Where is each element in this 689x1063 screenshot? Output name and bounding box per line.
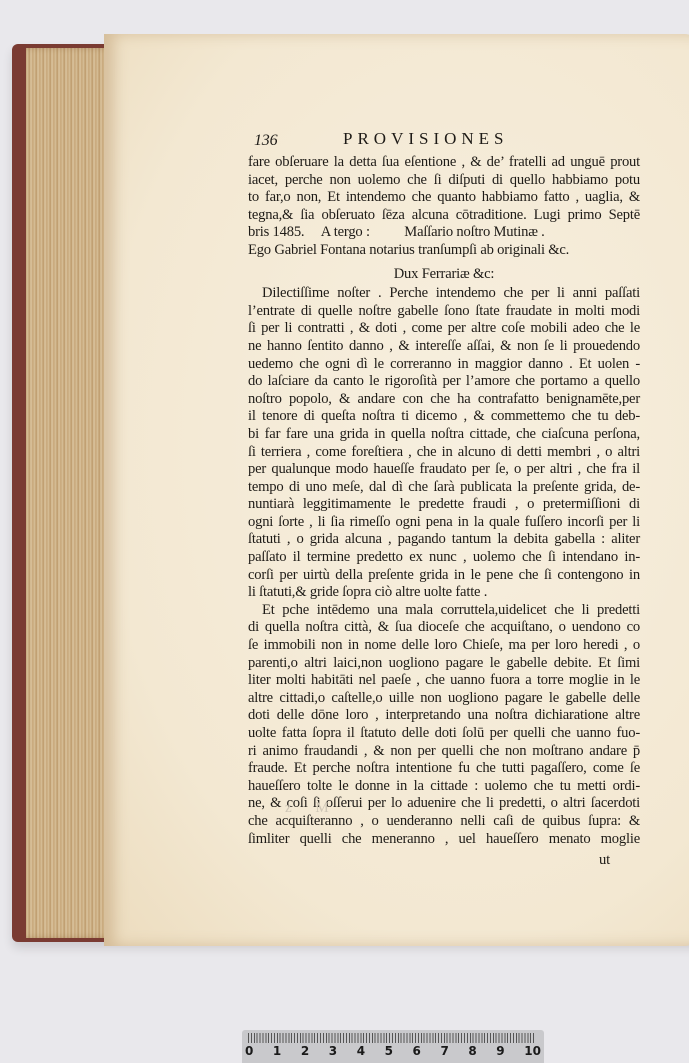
scale-ruler: 0 1 2 3 4 5 6 7 8 9 10 <box>242 1030 544 1063</box>
text-line: bris 1485. A tergo : Maſſario noſtro Mut… <box>248 224 640 242</box>
text-line: di quella noſtra città, & ſua dioceſe ch… <box>248 619 640 637</box>
text-line: tempo di uno meſe, dal dì che ſarà publi… <box>248 479 640 497</box>
text-line: uolte fatta ſopra il ſtatuto delle doti … <box>248 725 640 743</box>
section-heading: Dux Ferrariæ &c: <box>248 266 640 284</box>
text-line: tegna,& ſia obſeruato ſēza alcuna cōtrad… <box>248 207 640 225</box>
ruler-label: 6 <box>413 1044 421 1058</box>
section-1: fare obſeruare la detta ſua eſentione , … <box>248 154 640 260</box>
text-line: doti delle dōne loro , interpretando una… <box>248 707 640 725</box>
ruler-label: 7 <box>440 1044 448 1058</box>
ruler-label: 5 <box>385 1044 393 1058</box>
text-line: haueſſero tolte le donne in la cittade :… <box>248 778 640 796</box>
text-line: uedemo che ogni dì le correranno in magg… <box>248 356 640 374</box>
ruler-ticks <box>248 1033 536 1043</box>
text-line: liter molti habitāti nel paeſe , che uan… <box>248 672 640 690</box>
page-text-block: 136 PROVISIONES fare obſeruare la detta … <box>248 130 640 870</box>
text-line: ſi terriera , come foreſtiera , che in a… <box>248 444 640 462</box>
text-line: Dilectiſſime noſter . Perche intendemo c… <box>248 285 640 303</box>
running-head-title: PROVISIONES <box>343 130 509 148</box>
ruler-label: 3 <box>329 1044 337 1058</box>
text-line: paſſato il termine predetto ex nunc , uo… <box>248 549 640 567</box>
text-line: ſi per li contratti , & doti , come per … <box>248 320 640 338</box>
text-line: bi far fare una grida in quella noſtra c… <box>248 426 640 444</box>
ruler-label: 2 <box>301 1044 309 1058</box>
ruler-label: 8 <box>468 1044 476 1058</box>
text-line: fare obſeruare la detta ſua eſentione , … <box>248 154 640 172</box>
ruler-label: 9 <box>496 1044 504 1058</box>
text-line: nuntiarà leggitimamente le predette frau… <box>248 496 640 514</box>
signature-mark-showthrough: z M <box>285 800 339 817</box>
text-line: corſi per uirtù della preſente grida in … <box>248 567 640 585</box>
page-number: 136 <box>254 132 277 150</box>
text-line: ſtatuti , o grida alcuna , pagando tantu… <box>248 531 640 549</box>
catchword: ut <box>248 852 640 870</box>
text-line: to far,o non, Et intendemo che quanto ha… <box>248 189 640 207</box>
text-line: ri animo fraudandi , & non per quelli ch… <box>248 743 640 761</box>
running-head: 136 PROVISIONES <box>248 130 640 152</box>
ruler-label: 0 <box>245 1044 253 1058</box>
text-line: li ſtatuti,& gride ſopra ciò altre uolte… <box>248 584 640 602</box>
text-line: ſe immobili non in nome delle loro Chieſ… <box>248 637 640 655</box>
page-edges <box>26 48 116 938</box>
text-line: ſimliter quelli che meneranno , uel haue… <box>248 831 640 849</box>
text-line: parenti,o altri laici,non uogliono pagar… <box>248 655 640 673</box>
ruler-labels: 0 1 2 3 4 5 6 7 8 9 10 <box>245 1044 541 1058</box>
text-line: noſtro popolo, & andare con che ha contr… <box>248 391 640 409</box>
ruler-label: 10 <box>524 1044 541 1058</box>
text-line: il tenore di queſta noſtra ti dicemo , &… <box>248 408 640 426</box>
text-line: ne hanno ſentito danno , & intereſſe aſſ… <box>248 338 640 356</box>
text-line: iacet, perche non uolemo che ſi diſputi … <box>248 172 640 190</box>
text-line: fraude. Et perche noſtra intentione fu c… <box>248 760 640 778</box>
text-line: Ego Gabriel Fontana notarius tranſumpſi … <box>248 242 640 260</box>
text-line: altre cittadi,o caſtelle,o uille non uog… <box>248 690 640 708</box>
section-2: Dilectiſſime noſter . Perche intendemo c… <box>248 285 640 602</box>
text-line: do laſciare da canto le rigoroſità per l… <box>248 373 640 391</box>
text-line: Et pche intēdemo una mala corruttela,uid… <box>248 602 640 620</box>
text-line: per qualunque modo haueſſe fraudato per … <box>248 461 640 479</box>
ruler-label: 1 <box>273 1044 281 1058</box>
ruler-label: 4 <box>357 1044 365 1058</box>
text-line: ogni ſorte , li ſia rimeſſo ogni pena in… <box>248 514 640 532</box>
text-line: l’entrate di quelle noſtre gabelle ſono … <box>248 303 640 321</box>
